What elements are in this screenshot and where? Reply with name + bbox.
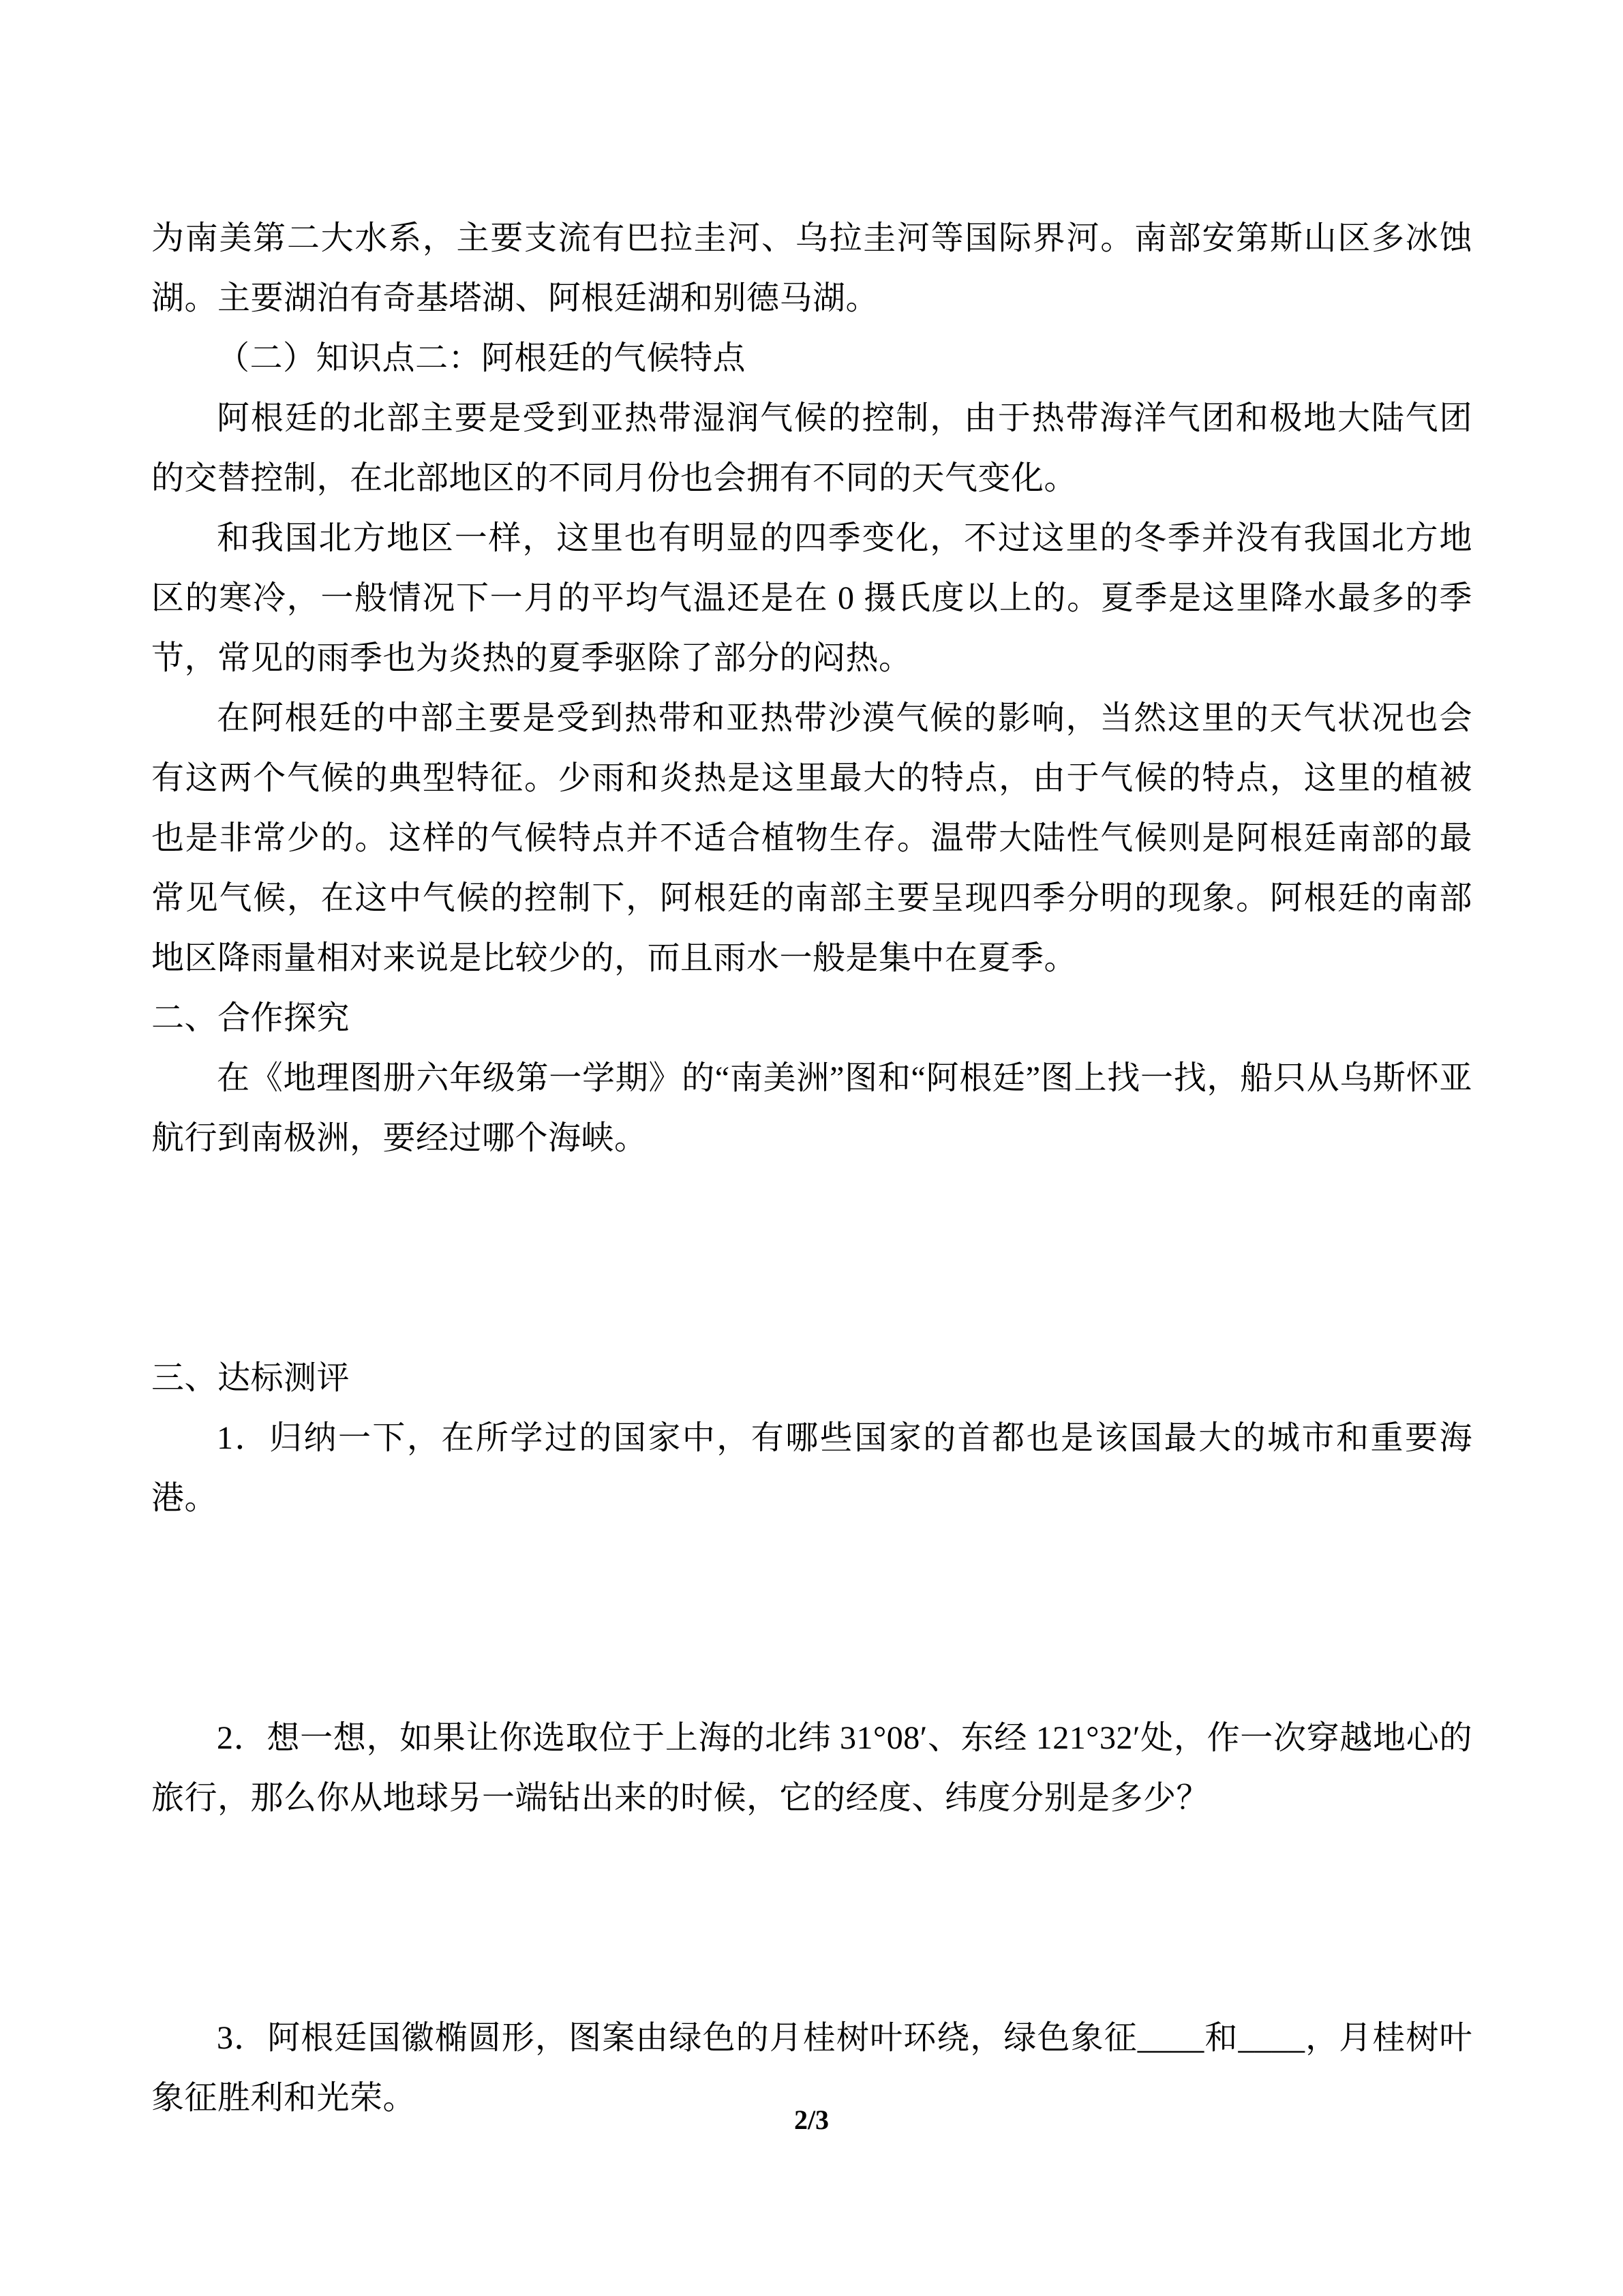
- page-footer: 2/3: [0, 2101, 1623, 2139]
- paragraph: 阿根廷的北部主要是受到亚热带湿润气候的控制，由于热带海洋气团和极地大陆气团的交替…: [151, 389, 1472, 509]
- document-body: 为南美第二大水系，主要支流有巴拉圭河、乌拉圭河等国际界河。南部安第斯山区多冰蚀湖…: [151, 209, 1472, 2128]
- paragraph: 2．想一想，如果让你选取位于上海的北纬 31°08′、东经 121°32′处，作…: [151, 1708, 1472, 1828]
- document-page: 为南美第二大水系，主要支流有巴拉圭河、乌拉圭河等国际界河。南部安第斯山区多冰蚀湖…: [0, 0, 1623, 2296]
- paragraph: 1．归纳一下，在所学过的国家中，有哪些国家的首都也是该国最大的城市和重要海港。: [151, 1408, 1472, 1528]
- subsection-heading: （二）知识点二：阿根廷的气候特点: [151, 329, 1472, 389]
- section-heading: 二、合作探究: [151, 988, 1472, 1048]
- paragraph: 和我国北方地区一样，这里也有明显的四季变化，不过这里的冬季并没有我国北方地区的寒…: [151, 509, 1472, 689]
- page-number: 2/3: [794, 2104, 829, 2135]
- paragraph: 在阿根廷的中部主要是受到热带和亚热带沙漠气候的影响，当然这里的天气状况也会有这两…: [151, 689, 1472, 988]
- paragraph: 在《地理图册六年级第一学期》的“南美洲”图和“阿根廷”图上找一找，船只从乌斯怀亚…: [151, 1048, 1472, 1168]
- section-heading: 三、达标测评: [151, 1348, 1472, 1408]
- paragraph: 为南美第二大水系，主要支流有巴拉圭河、乌拉圭河等国际界河。南部安第斯山区多冰蚀湖…: [151, 209, 1472, 329]
